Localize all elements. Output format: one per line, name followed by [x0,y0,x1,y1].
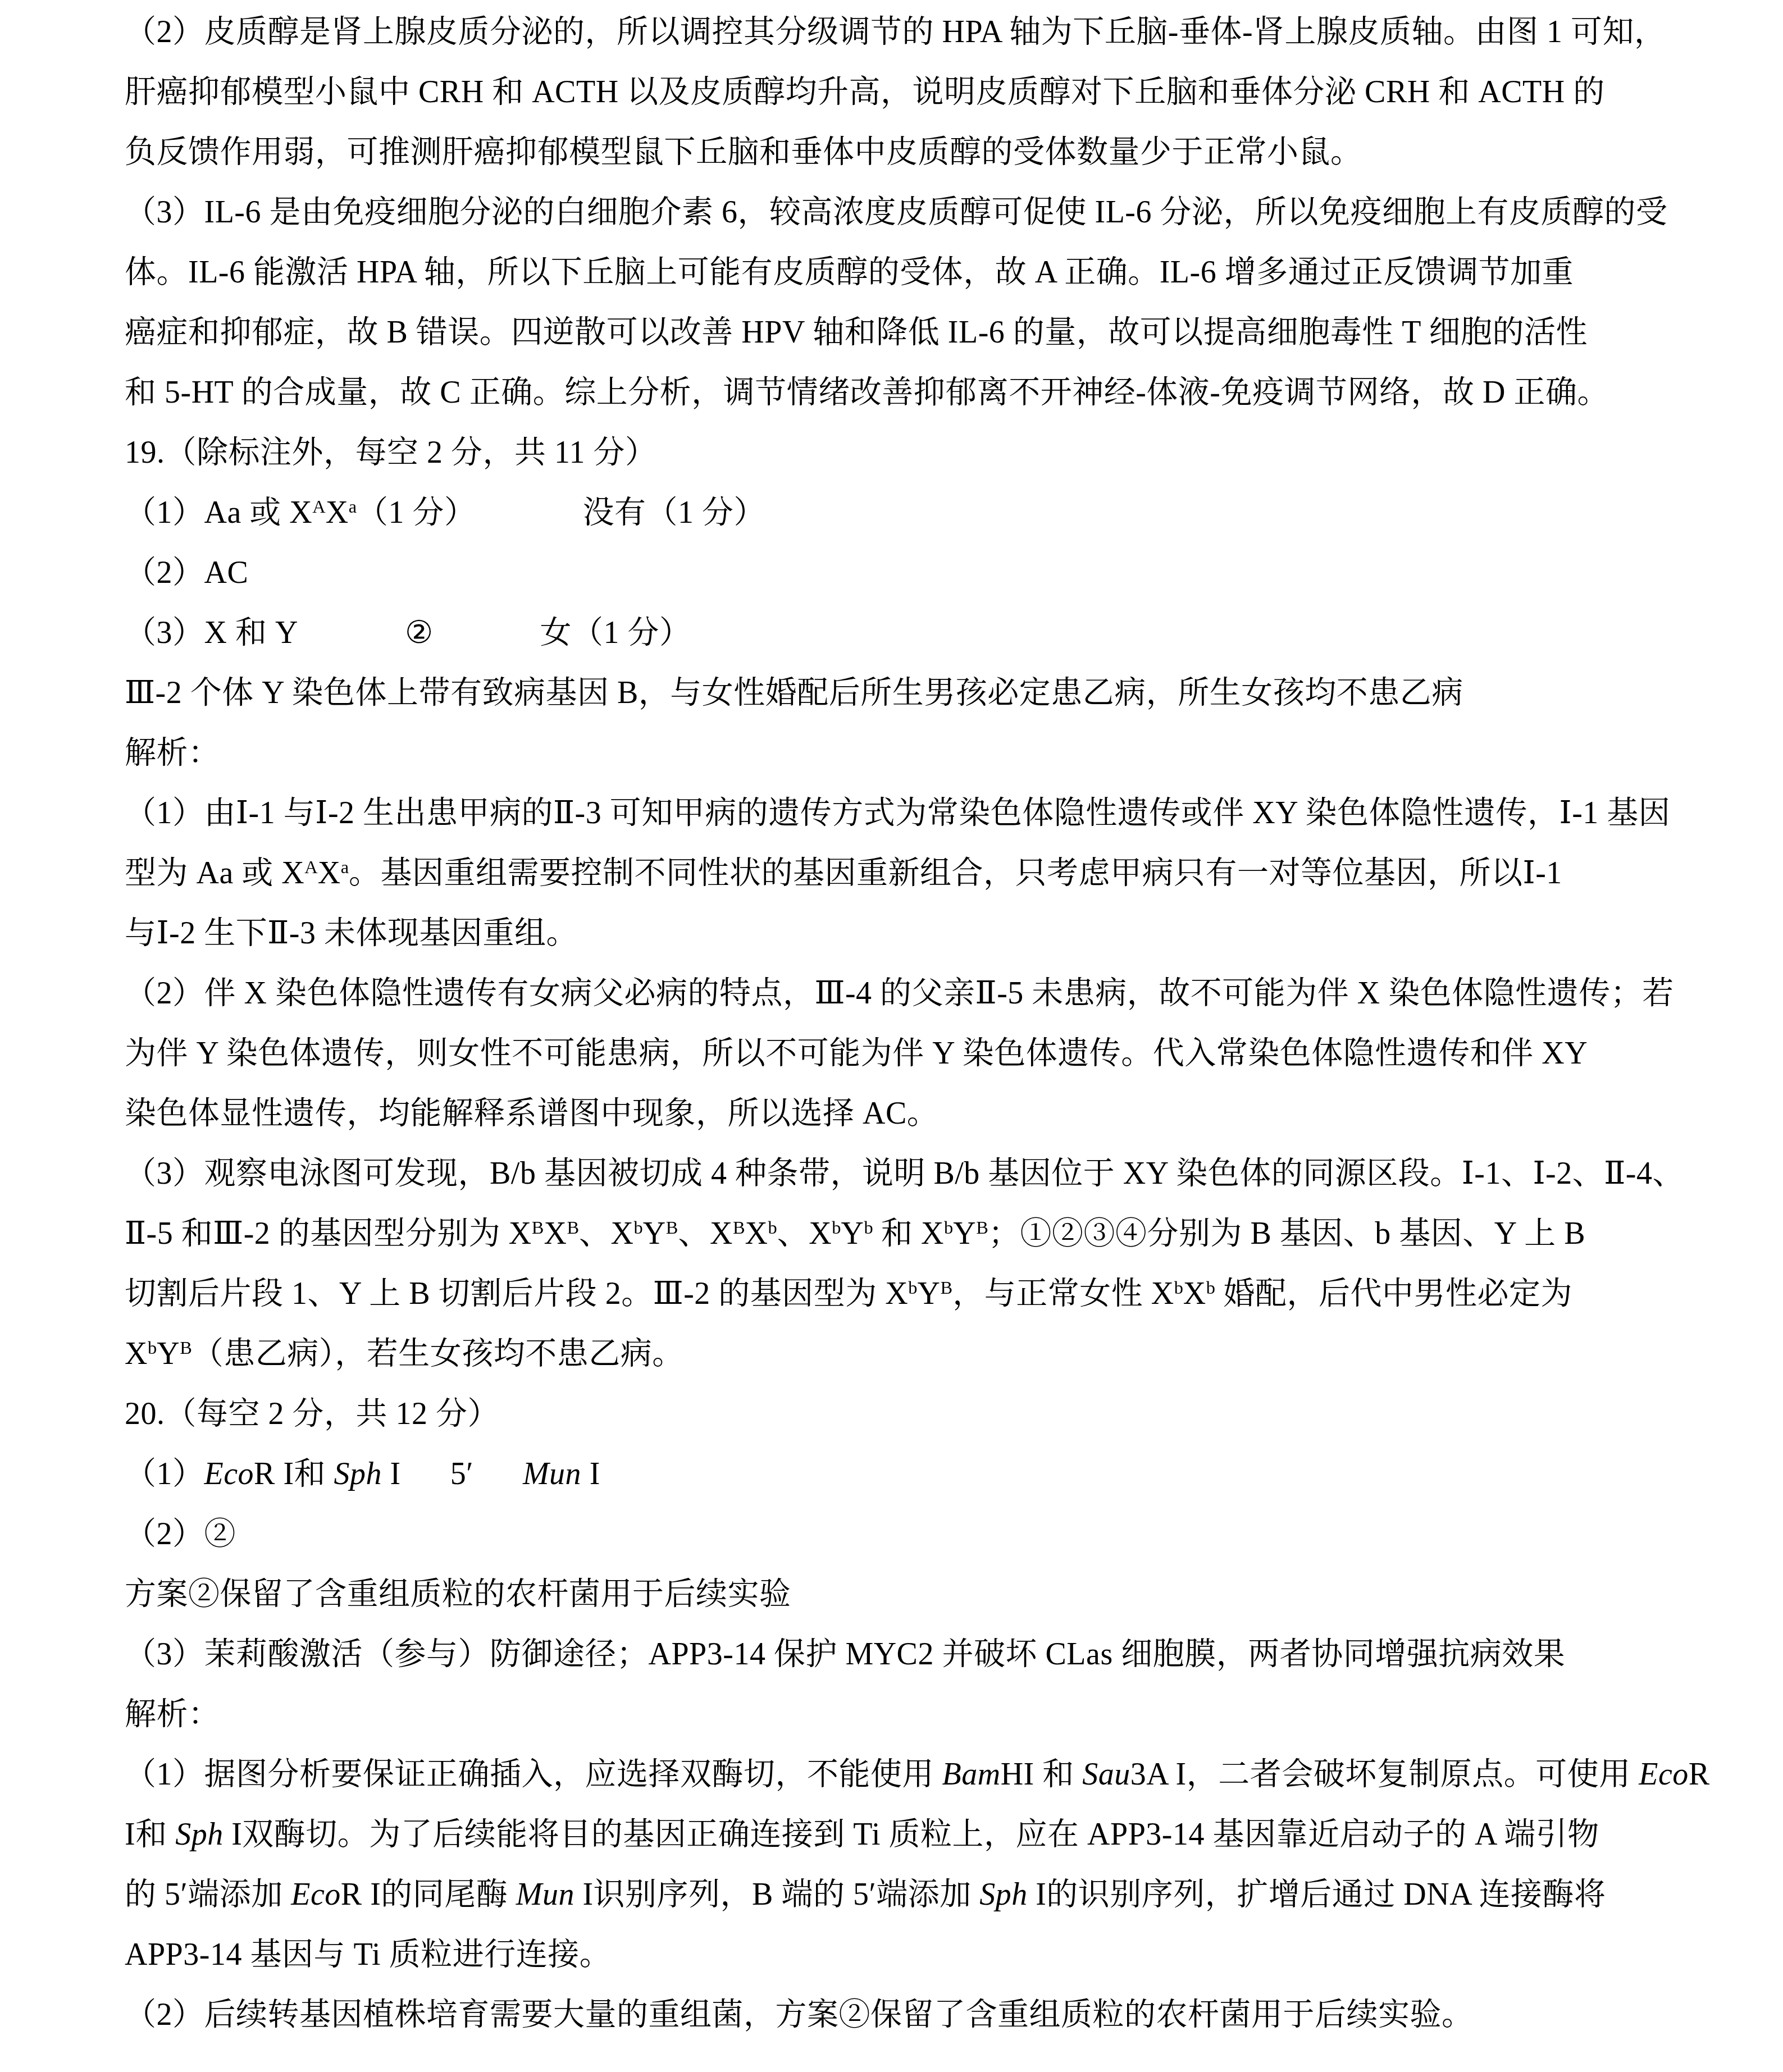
text-run: I和 [125,1817,175,1852]
text-run: 5′ [450,1457,473,1491]
text-run: 解析： [125,1697,220,1732]
text-line-20: （3）观察电泳图可发现，B/b 基因被切成 4 种条带，说明 B/b 基因位于 … [125,1144,1699,1204]
text-run: （1 分） [357,495,476,530]
text-line-21: Ⅱ-5 和Ⅲ-2 的基因型分别为 XBXB、XbYB、XBXb、XbYb 和 X… [125,1204,1699,1264]
text-line-22: 切割后片段 1、Y 上 B 切割后片段 2。Ⅲ-2 的基因型为 XbYB，与正常… [125,1264,1699,1324]
text-run: Y [157,1336,180,1371]
text-run: 、X [678,1216,732,1251]
superscript-text: A [304,857,317,878]
superscript-text: b [832,1218,841,1238]
text-run: ，与正常女性 X [952,1276,1174,1311]
text-line-4: （3）IL-6 是由免疫细胞分泌的白细胞介素 6，较高浓度皮质醇可促使 IL-6… [125,182,1699,243]
text-run: 方案②保留了含重组质粒的农杆菌用于后续实验 [125,1577,791,1612]
text-run: Ⅱ-5 和Ⅲ-2 的基因型分别为 X [125,1216,532,1251]
text-run: （3）茉莉酸激活（参与）防御途径；APP3-14 保护 MYC2 并破坏 CLa… [125,1637,1565,1672]
text-line-1: （2）皮质醇是肾上腺皮质分泌的，所以调控其分级调节的 HPA 轴为下丘脑-垂体-… [125,2,1699,62]
text-run: （1） [125,1457,204,1491]
text-run: （2）皮质醇是肾上腺皮质分泌的，所以调控其分级调节的 HPA 轴为下丘脑-垂体-… [125,15,1666,49]
text-line-7: 和 5-HT 的合成量，故 C 正确。综上分析，调节情绪改善抑郁离不开神经-体液… [125,363,1699,423]
text-run: 解析： [125,736,220,770]
superscript-text: B [666,1218,678,1238]
text-run: Y [841,1216,864,1251]
text-run: （3）观察电泳图可发现，B/b 基因被切成 4 种条带，说明 B/b 基因位于 … [125,1156,1684,1191]
text-run: 染色体显性遗传，均能解释系谱图中现象，所以选择 AC。 [125,1096,938,1131]
superscript-text: b [1174,1278,1183,1298]
text-run: X [125,1336,148,1371]
text-run: I [382,1457,401,1491]
superscript-text: b [944,1218,953,1238]
text-run: 和 5-HT 的合成量，故 C 正确。综上分析，调节情绪改善抑郁离不开神经-体液… [125,375,1609,410]
text-run: 为伴 Y 染色体遗传，则女性不可能患病，所以不可能为伴 Y 染色体遗传。代入常染… [125,1036,1588,1071]
text-run: （患乙病），若生女孩均不患乙病。 [192,1336,684,1371]
text-line-10: （2）AC [125,543,1699,603]
document-page: （2）皮质醇是肾上腺皮质分泌的，所以调控其分级调节的 HPA 轴为下丘脑-垂体-… [0,0,1783,2072]
text-line-19: 染色体显性遗传，均能解释系谱图中现象，所以选择 AC。 [125,1084,1699,1144]
text-run: R I的同尾酶 [341,1877,516,1912]
text-run: 型为 Aa 或 X [125,856,304,891]
text-run: （2）AC [125,555,248,590]
text-line-27: 方案②保留了含重组质粒的农杆菌用于后续实验 [125,1564,1699,1624]
text-line-14: （1）由Ⅰ-1 与Ⅰ-2 生出患甲病的Ⅱ-3 可知甲病的遗传方式为常染色体隐性遗… [125,783,1699,843]
superscript-text: A [312,497,325,517]
text-run: X [745,1216,768,1251]
text-run: （1）由Ⅰ-1 与Ⅰ-2 生出患甲病的Ⅱ-3 可知甲病的遗传方式为常染色体隐性遗… [125,796,1670,830]
superscript-text: B [532,1218,544,1238]
text-run: X [318,856,341,891]
text-line-25: （1）EcoR I和 Sph I5′Mun I [125,1444,1699,1504]
text-run: Ⅲ-2 个体 Y 染色体上带有致病基因 B，与女性婚配后所生男孩必定患乙病，所生… [125,676,1463,710]
text-run: ；①②③④分别为 B 基因、b 基因、Y 上 B [988,1216,1585,1251]
text-line-13: 解析： [125,723,1699,783]
italic-enzyme-name: Eco [204,1457,254,1491]
text-run: 3A I，二者会破坏复制原点。可使用 [1130,1757,1639,1792]
text-run: R I和 [254,1457,334,1491]
text-line-28: （3）茉莉酸激活（参与）防御途径；APP3-14 保护 MYC2 并破坏 CLa… [125,1624,1699,1685]
italic-enzyme-name: Mun [523,1457,581,1491]
italic-enzyme-name: Eco [291,1877,341,1912]
text-run: R [1689,1757,1710,1792]
text-line-29: 解析： [125,1685,1699,1745]
text-line-30: （1）据图分析要保证正确插入，应选择双酶切，不能使用 BamHI 和 Sau3A… [125,1745,1699,1805]
superscript-text: B [941,1278,953,1298]
text-run: 女（1 分） [540,615,691,650]
text-line-24: 20.（每空 2 分，共 12 分） [125,1384,1699,1444]
text-run: （1）据图分析要保证正确插入，应选择双酶切，不能使用 [125,1757,942,1792]
italic-enzyme-name: Sph [175,1817,224,1852]
text-run: 的 5′端添加 [125,1877,291,1912]
text-run: I双酶切。为了后续能将目的基因正确连接到 Ti 质粒上，应在 APP3-14 基… [224,1817,1599,1852]
text-run: HI 和 [1001,1757,1083,1792]
text-run: （2）后续转基因植株培育需要大量的重组菌，方案②保留了含重组质粒的农杆菌用于后续… [125,1997,1474,2032]
text-run: Y [643,1216,666,1251]
text-run: ② [405,615,434,650]
text-run: （3）X 和 Y [125,615,298,650]
text-line-33: APP3-14 基因与 Ti 质粒进行连接。 [125,1925,1699,1985]
text-run: 。基因重组需要控制不同性状的基因重新组合，只考虑甲病只有一对等位基因，所以Ⅰ-1 [349,856,1562,891]
text-run: X [544,1216,567,1251]
text-line-11: （3）X 和 Y②女（1 分） [125,603,1699,663]
italic-enzyme-name: Eco [1639,1757,1689,1792]
text-run: 19.（除标注外，每空 2 分，共 11 分） [125,435,656,470]
italic-enzyme-name: Sph [979,1877,1028,1912]
text-line-34: （2）后续转基因植株培育需要大量的重组菌，方案②保留了含重组质粒的农杆菌用于后续… [125,1985,1699,2045]
text-run: （2）伴 X 染色体隐性遗传有女病父必病的特点，Ⅲ-4 的父亲Ⅱ-5 未患病，故… [125,976,1674,1011]
text-line-3: 负反馈作用弱，可推测肝癌抑郁模型鼠下丘脑和垂体中皮质醇的受体数量少于正常小鼠。 [125,122,1699,182]
text-run: 癌症和抑郁症，故 B 错误。四逆散可以改善 HPV 轴和降低 IL-6 的量，故… [125,315,1588,350]
text-run: 婚配，后代中男性必定为 [1215,1276,1572,1311]
text-run: 没有（1 分） [583,495,766,530]
text-run: 、X [777,1216,832,1251]
superscript-text: b [634,1218,643,1238]
text-line-12: Ⅲ-2 个体 Y 染色体上带有致病基因 B，与女性婚配后所生男孩必定患乙病，所生… [125,663,1699,723]
text-run: APP3-14 基因与 Ti 质粒进行连接。 [125,1937,611,1972]
text-run: （2）② [125,1517,236,1551]
superscript-text: a [341,857,349,878]
superscript-text: b [768,1218,777,1238]
text-line-8: 19.（除标注外，每空 2 分，共 11 分） [125,423,1699,483]
text-run: I的识别序列，扩增后通过 DNA 连接酶将 [1028,1877,1606,1912]
superscript-text: b [1206,1278,1215,1298]
text-run: Y [953,1216,976,1251]
text-line-5: 体。IL-6 能激活 HPA 轴，所以下丘脑上可能有皮质醇的受体，故 A 正确。… [125,243,1699,303]
italic-enzyme-name: Mun [516,1877,574,1912]
italic-enzyme-name: Bam [942,1757,1001,1792]
text-line-9: （1）Aa 或 XAXa（1 分）没有（1 分） [125,483,1699,543]
text-line-23: XbYB（患乙病），若生女孩均不患乙病。 [125,1324,1699,1384]
text-line-18: 为伴 Y 染色体遗传，则女性不可能患病，所以不可能为伴 Y 染色体遗传。代入常染… [125,1024,1699,1084]
superscript-text: B [567,1218,579,1238]
superscript-text: B [733,1218,745,1238]
superscript-text: a [349,497,357,517]
superscript-text: b [148,1338,157,1358]
text-run: I识别序列，B 端的 5′端添加 [574,1877,979,1912]
text-line-31: I和 Sph I双酶切。为了后续能将目的基因正确连接到 Ti 质粒上，应在 AP… [125,1805,1699,1865]
text-run: 负反馈作用弱，可推测肝癌抑郁模型鼠下丘脑和垂体中皮质醇的受体数量少于正常小鼠。 [125,135,1362,170]
answer-text-block: （2）皮质醇是肾上腺皮质分泌的，所以调控其分级调节的 HPA 轴为下丘脑-垂体-… [125,2,1699,2045]
text-run: 、X [579,1216,633,1251]
text-line-32: 的 5′端添加 EcoR I的同尾酶 Mun I识别序列，B 端的 5′端添加 … [125,1865,1699,1925]
text-run: （1）Aa 或 X [125,495,312,530]
text-line-2: 肝癌抑郁模型小鼠中 CRH 和 ACTH 以及皮质醇均升高，说明皮质醇对下丘脑和… [125,62,1699,122]
text-run: 体。IL-6 能激活 HPA 轴，所以下丘脑上可能有皮质醇的受体，故 A 正确。… [125,255,1574,290]
text-run: 20.（每空 2 分，共 12 分） [125,1396,499,1431]
text-run: 切割后片段 1、Y 上 B 切割后片段 2。Ⅲ-2 的基因型为 X [125,1276,908,1311]
text-run: Y [918,1276,941,1311]
superscript-text: B [180,1338,192,1358]
superscript-text: b [864,1218,873,1238]
text-line-17: （2）伴 X 染色体隐性遗传有女病父必病的特点，Ⅲ-4 的父亲Ⅱ-5 未患病，故… [125,964,1699,1024]
text-run: 肝癌抑郁模型小鼠中 CRH 和 ACTH 以及皮质醇均升高，说明皮质醇对下丘脑和… [125,75,1605,109]
text-run: X [1183,1276,1206,1311]
italic-enzyme-name: Sph [334,1457,382,1491]
superscript-text: B [976,1218,988,1238]
text-run: X [326,495,349,530]
text-line-16: 与Ⅰ-2 生下Ⅱ-3 未体现基因重组。 [125,903,1699,964]
text-run: 与Ⅰ-2 生下Ⅱ-3 未体现基因重组。 [125,916,578,951]
text-line-26: （2）② [125,1504,1699,1564]
superscript-text: b [908,1278,917,1298]
text-line-6: 癌症和抑郁症，故 B 错误。四逆散可以改善 HPV 轴和降低 IL-6 的量，故… [125,303,1699,363]
text-run: （3）IL-6 是由免疫细胞分泌的白细胞介素 6，较高浓度皮质醇可促使 IL-6… [125,195,1668,230]
text-run: I [581,1457,600,1491]
text-run: 和 X [873,1216,944,1251]
text-line-15: 型为 Aa 或 XAXa。基因重组需要控制不同性状的基因重新组合，只考虑甲病只有… [125,843,1699,903]
italic-enzyme-name: Sau [1082,1757,1130,1792]
